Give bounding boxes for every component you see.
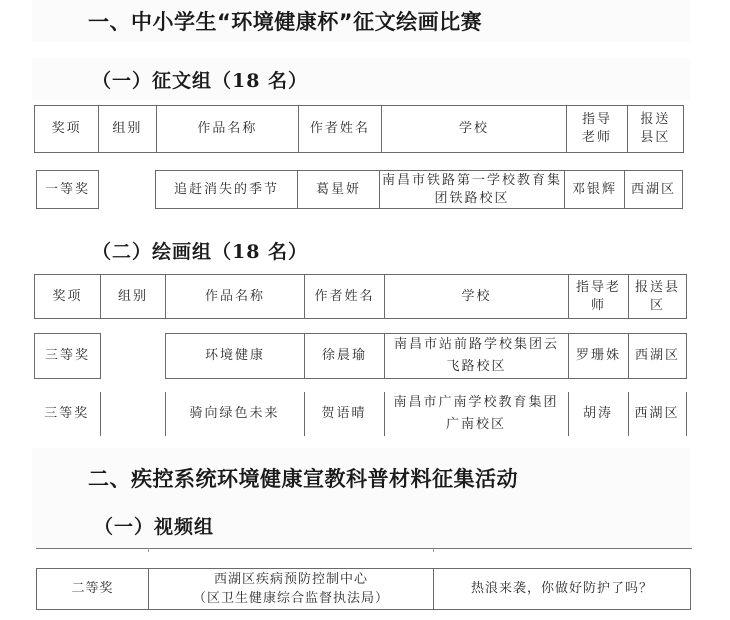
header-school: 学校	[385, 275, 569, 319]
header-group: 组别	[101, 275, 166, 319]
cell-county: 西湖区	[628, 392, 686, 436]
cell-unit: 西湖区疾病预防控制中心 （区卫生健康综合监督执法局）	[149, 569, 434, 610]
essay-header-table: 奖项 组别 作品名称 作者姓名 学校 指导 老师 报送 县区	[34, 105, 684, 153]
cell-title: 热浪来袭，你做好防护了吗？	[434, 569, 691, 610]
painting-row-table-2: 三等奖 骑向绿色未来 贺语晴 南昌市广南学校教育集团广南校区 胡涛 西湖区	[34, 392, 687, 436]
cell-title: 骑向绿色未来	[165, 392, 304, 436]
video-header-line	[36, 548, 692, 549]
video-header-divider	[148, 548, 149, 552]
cell-title: 环境健康	[166, 334, 305, 379]
cell-teacher: 邓银辉	[565, 171, 625, 209]
section1-title: 一、中小学生“环境健康杯”征文绘画比赛	[88, 6, 482, 36]
header-title: 作品名称	[166, 275, 305, 319]
header-teacher: 指导 老师	[567, 106, 627, 153]
header-award: 奖项	[35, 106, 99, 153]
cell-unit-line2: （区卫生健康综合监督执法局）	[151, 589, 431, 608]
header-author: 作者姓名	[299, 106, 381, 153]
header-title: 作品名称	[156, 106, 299, 153]
header-school: 学校	[381, 106, 567, 153]
header-county: 报送县区	[629, 275, 687, 319]
cell-award: 一等奖	[37, 171, 99, 209]
table-header-row: 奖项 组别 作品名称 作者姓名 学校 指导老师 报送县区	[35, 275, 687, 319]
cell-award: 二等奖	[37, 569, 149, 610]
essay-row-table: 一等奖 追赶消失的季节 葛星妍 南昌市铁路第一学校教育集团铁路校区 邓银辉 西湖…	[36, 170, 683, 209]
essay-group-heading: （一）征文组（18 名）	[92, 66, 308, 93]
cell-unit-line1: 西湖区疾病预防控制中心	[151, 570, 431, 589]
cell-school: 南昌市广南学校教育集团广南校区	[384, 392, 568, 436]
table-row: 三等奖 环境健康 徐晨瑜 南昌市站前路学校集团云飞路校区 罗珊姝 西湖区	[35, 334, 687, 379]
cell-group	[100, 392, 165, 436]
cell-title: 追赶消失的季节	[156, 171, 298, 209]
cell-group	[101, 334, 166, 379]
video-header-divider	[433, 548, 434, 552]
cell-school: 南昌市铁路第一学校教育集团铁路校区	[380, 171, 565, 209]
table-header-row: 奖项 组别 作品名称 作者姓名 学校 指导 老师 报送 县区	[35, 106, 684, 153]
cell-award: 三等奖	[35, 334, 101, 379]
table-row: 一等奖 追赶消失的季节 葛星妍 南昌市铁路第一学校教育集团铁路校区 邓银辉 西湖…	[37, 171, 683, 209]
cell-author: 葛星妍	[298, 171, 380, 209]
cell-author: 贺语晴	[304, 392, 384, 436]
cell-group	[99, 171, 156, 209]
video-row-table: 二等奖 西湖区疾病预防控制中心 （区卫生健康综合监督执法局） 热浪来袭，你做好防…	[36, 568, 691, 610]
cell-author: 徐晨瑜	[305, 334, 385, 379]
cell-teacher: 罗珊姝	[569, 334, 629, 379]
header-group: 组别	[99, 106, 156, 153]
cell-award: 三等奖	[34, 392, 100, 436]
cell-county: 西湖区	[629, 334, 687, 379]
painting-group-heading: （二）绘画组（18 名）	[92, 237, 308, 264]
cell-teacher: 胡涛	[568, 392, 628, 436]
header-author: 作者姓名	[305, 275, 385, 319]
table-row: 二等奖 西湖区疾病预防控制中心 （区卫生健康综合监督执法局） 热浪来袭，你做好防…	[37, 569, 691, 610]
painting-header-table: 奖项 组别 作品名称 作者姓名 学校 指导老师 报送县区	[34, 274, 687, 319]
table-row: 三等奖 骑向绿色未来 贺语晴 南昌市广南学校教育集团广南校区 胡涛 西湖区	[34, 392, 686, 436]
painting-row-table-1: 三等奖 环境健康 徐晨瑜 南昌市站前路学校集团云飞路校区 罗珊姝 西湖区	[34, 333, 687, 379]
header-award: 奖项	[35, 275, 101, 319]
section2-title: 二、疾控系统环境健康宣教科普材料征集活动	[88, 463, 518, 493]
header-county: 报送 县区	[627, 106, 683, 153]
cell-county: 西湖区	[625, 171, 683, 209]
cell-school: 南昌市站前路学校集团云飞路校区	[385, 334, 569, 379]
video-group-heading: （一）视频组	[94, 512, 214, 539]
header-teacher: 指导老师	[569, 275, 629, 319]
